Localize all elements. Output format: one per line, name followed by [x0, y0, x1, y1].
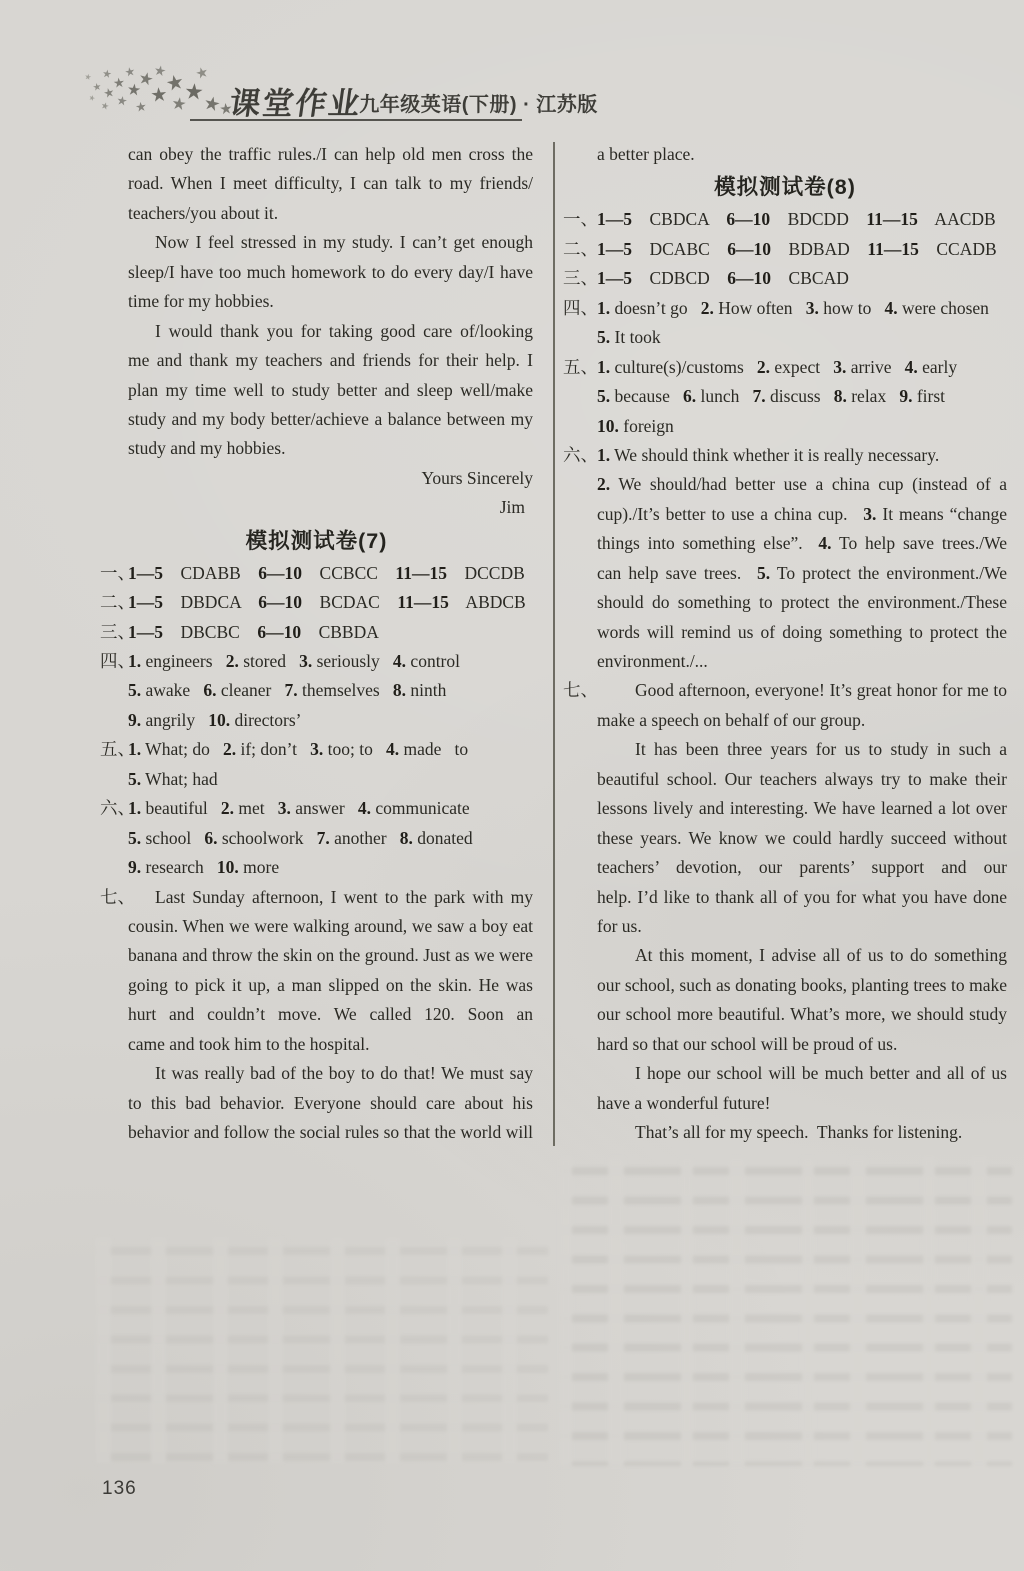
text-line: road. When I meet difficulty, I can talk…	[100, 169, 533, 198]
section-marker: 六、	[100, 794, 135, 823]
text-line: study and my body better/achieve a balan…	[100, 405, 533, 434]
section-marker: 七、	[100, 883, 135, 912]
text-line: time for my hobbies.	[100, 287, 533, 316]
column-divider-line	[553, 142, 555, 1146]
text-line: help. I’d like to thank all of you for w…	[563, 883, 1007, 912]
text-line: 五、1. What; do 2. if; don’t 3. too; to 4.…	[100, 735, 533, 764]
text-line: hard so that our school will be proud of…	[563, 1030, 1007, 1059]
section-marker: 三、	[100, 618, 135, 647]
text-line: behavior and follow the social rules so …	[100, 1118, 533, 1147]
text-line: 5. school 6. schoolwork 7. another 8. do…	[100, 824, 533, 853]
text-line: banana and throw the skin on the ground.…	[100, 941, 533, 970]
text-line: It was really bad of the boy to do that!…	[100, 1059, 533, 1088]
section-marker: 二、	[563, 235, 598, 264]
section-marker: 四、	[563, 294, 598, 323]
text-line: can obey the traffic rules./I can help o…	[100, 140, 533, 169]
page-number: 136	[102, 1478, 137, 1500]
section-marker: 六、	[563, 441, 598, 470]
bleedthrough-text-left	[96, 1238, 548, 1463]
text-line: teachers/you about it.	[100, 199, 533, 228]
text-line: Jim	[100, 493, 533, 522]
text-line: 二、1—5 DBDCA 6—10 BCDAC 11—15 ABDCB	[100, 588, 533, 617]
text-line: beautiful school. Our teachers always tr…	[563, 765, 1007, 794]
text-line: a better place.	[563, 140, 1007, 169]
section-marker: 七、	[563, 676, 598, 705]
text-line: have a wonderful future!	[563, 1089, 1007, 1118]
text-line: That’s all for my speech. Thanks for lis…	[563, 1118, 1007, 1147]
text-line: cousin. When we were walking around, we …	[100, 912, 533, 941]
text-line: I would thank you for taking good care o…	[100, 317, 533, 346]
text-line: 10. foreign	[563, 412, 1007, 441]
text-line: 七、Good afternoon, everyone! It’s great h…	[563, 676, 1007, 705]
text-line: It has been three years for us to study …	[563, 735, 1007, 764]
text-line: to this bad behavior. Everyone should ca…	[100, 1089, 533, 1118]
text-line: teachers’ devotion, our parents’ support…	[563, 853, 1007, 882]
text-line: things into something else”.4. To help s…	[563, 529, 1007, 558]
text-line: 二、1—5 DCABC 6—10 BDBAD 11—15 CCADB	[563, 235, 1007, 264]
text-line: 六、1. beautiful 2. met 3. answer 4. commu…	[100, 794, 533, 823]
text-line: 四、1. doesn’t go 2. How often 3. how to 4…	[563, 294, 1007, 323]
text-line: our school more beautiful. What’s more, …	[563, 1000, 1007, 1029]
text-line: 2. We should/had better use a china cup …	[563, 470, 1007, 499]
text-line: 9. angrily 10. directors’	[100, 706, 533, 735]
text-line: 六、1. We should think whether it is reall…	[563, 441, 1007, 470]
text-line: our school, such as donating books, plan…	[563, 971, 1007, 1000]
stars-logo-icon	[82, 62, 234, 116]
section-marker: 五、	[563, 353, 598, 382]
text-line: lessons lively and interesting. We have …	[563, 794, 1007, 823]
text-line: 三、1—5 CDBCD 6—10 CBCAD	[563, 264, 1007, 293]
text-line: Yours Sincerely	[100, 464, 533, 493]
text-line: 三、1—5 DBCBC 6—10 CBBDA	[100, 618, 533, 647]
text-line: make a speech on behalf of our group.	[563, 706, 1007, 735]
text-line: 一、1—5 CDABB 6—10 CCBCC 11—15 DCCDB	[100, 559, 533, 588]
bleedthrough-text-right	[560, 1158, 1012, 1466]
section-heading: 模拟测试卷(8)	[563, 169, 1007, 205]
text-line: Now I feel stressed in my study. I can’t…	[100, 228, 533, 257]
text-line: 5. It took	[563, 323, 1007, 352]
text-line: 5. What; had	[100, 765, 533, 794]
title-underline	[190, 119, 522, 121]
section-marker: 二、	[100, 588, 135, 617]
text-line: At this moment, I advise all of us to do…	[563, 941, 1007, 970]
text-line: going to pick it up, a man slipped on th…	[100, 971, 533, 1000]
text-line: study and my hobbies.	[100, 434, 533, 463]
page: 课堂作业 · 九年级英语(下册) · 江苏版 can obey the traf…	[0, 0, 1024, 1571]
text-line: for us.	[563, 912, 1007, 941]
text-line: 5. awake 6. cleaner 7. themselves 8. nin…	[100, 676, 533, 705]
text-line: should do something to protect the envir…	[563, 588, 1007, 617]
text-line: 七、Last Sunday afternoon, I went to the p…	[100, 883, 533, 912]
section-marker: 一、	[100, 559, 135, 588]
text-line: 五、1. culture(s)/customs 2. expect 3. arr…	[563, 353, 1007, 382]
section-marker: 一、	[563, 205, 598, 234]
text-line: words will remind us of doing something …	[563, 618, 1007, 647]
text-line: hurt and couldn’t move. We called 120. S…	[100, 1000, 533, 1029]
text-line: environment./...	[563, 647, 1007, 676]
text-line: cup)./It’s better to use a china cup.3. …	[563, 500, 1007, 529]
text-line: can help save trees.5. To protect the en…	[563, 559, 1007, 588]
text-line: these years. We know we could hardly suc…	[563, 824, 1007, 853]
section-heading: 模拟测试卷(7)	[100, 523, 533, 559]
column-right: a better place.模拟测试卷(8)一、1—5 CBDCA 6—10 …	[563, 140, 1007, 1147]
text-line: 9. research 10. more	[100, 853, 533, 882]
text-line: I hope our school will be much better an…	[563, 1059, 1007, 1088]
column-left: can obey the traffic rules./I can help o…	[100, 140, 533, 1147]
text-line: 四、1. engineers 2. stored 3. seriously 4.…	[100, 647, 533, 676]
text-line: came and took him to the hospital.	[100, 1030, 533, 1059]
text-line: 5. because 6. lunch 7. discuss 8. relax …	[563, 382, 1007, 411]
section-marker: 五、	[100, 735, 135, 764]
text-line: me and thank my teachers and friends for…	[100, 346, 533, 375]
text-line: 一、1—5 CBDCA 6—10 BDCDD 11—15 AACDB	[563, 205, 1007, 234]
text-line: plan my time well to study better and sl…	[100, 376, 533, 405]
section-marker: 三、	[563, 264, 598, 293]
brand-title: 课堂作业	[227, 78, 365, 123]
brand-subtitle: · 九年级英语(下册) · 江苏版	[346, 88, 598, 117]
section-marker: 四、	[100, 647, 135, 676]
text-line: sleep/I have too much homework to do eve…	[100, 258, 533, 287]
